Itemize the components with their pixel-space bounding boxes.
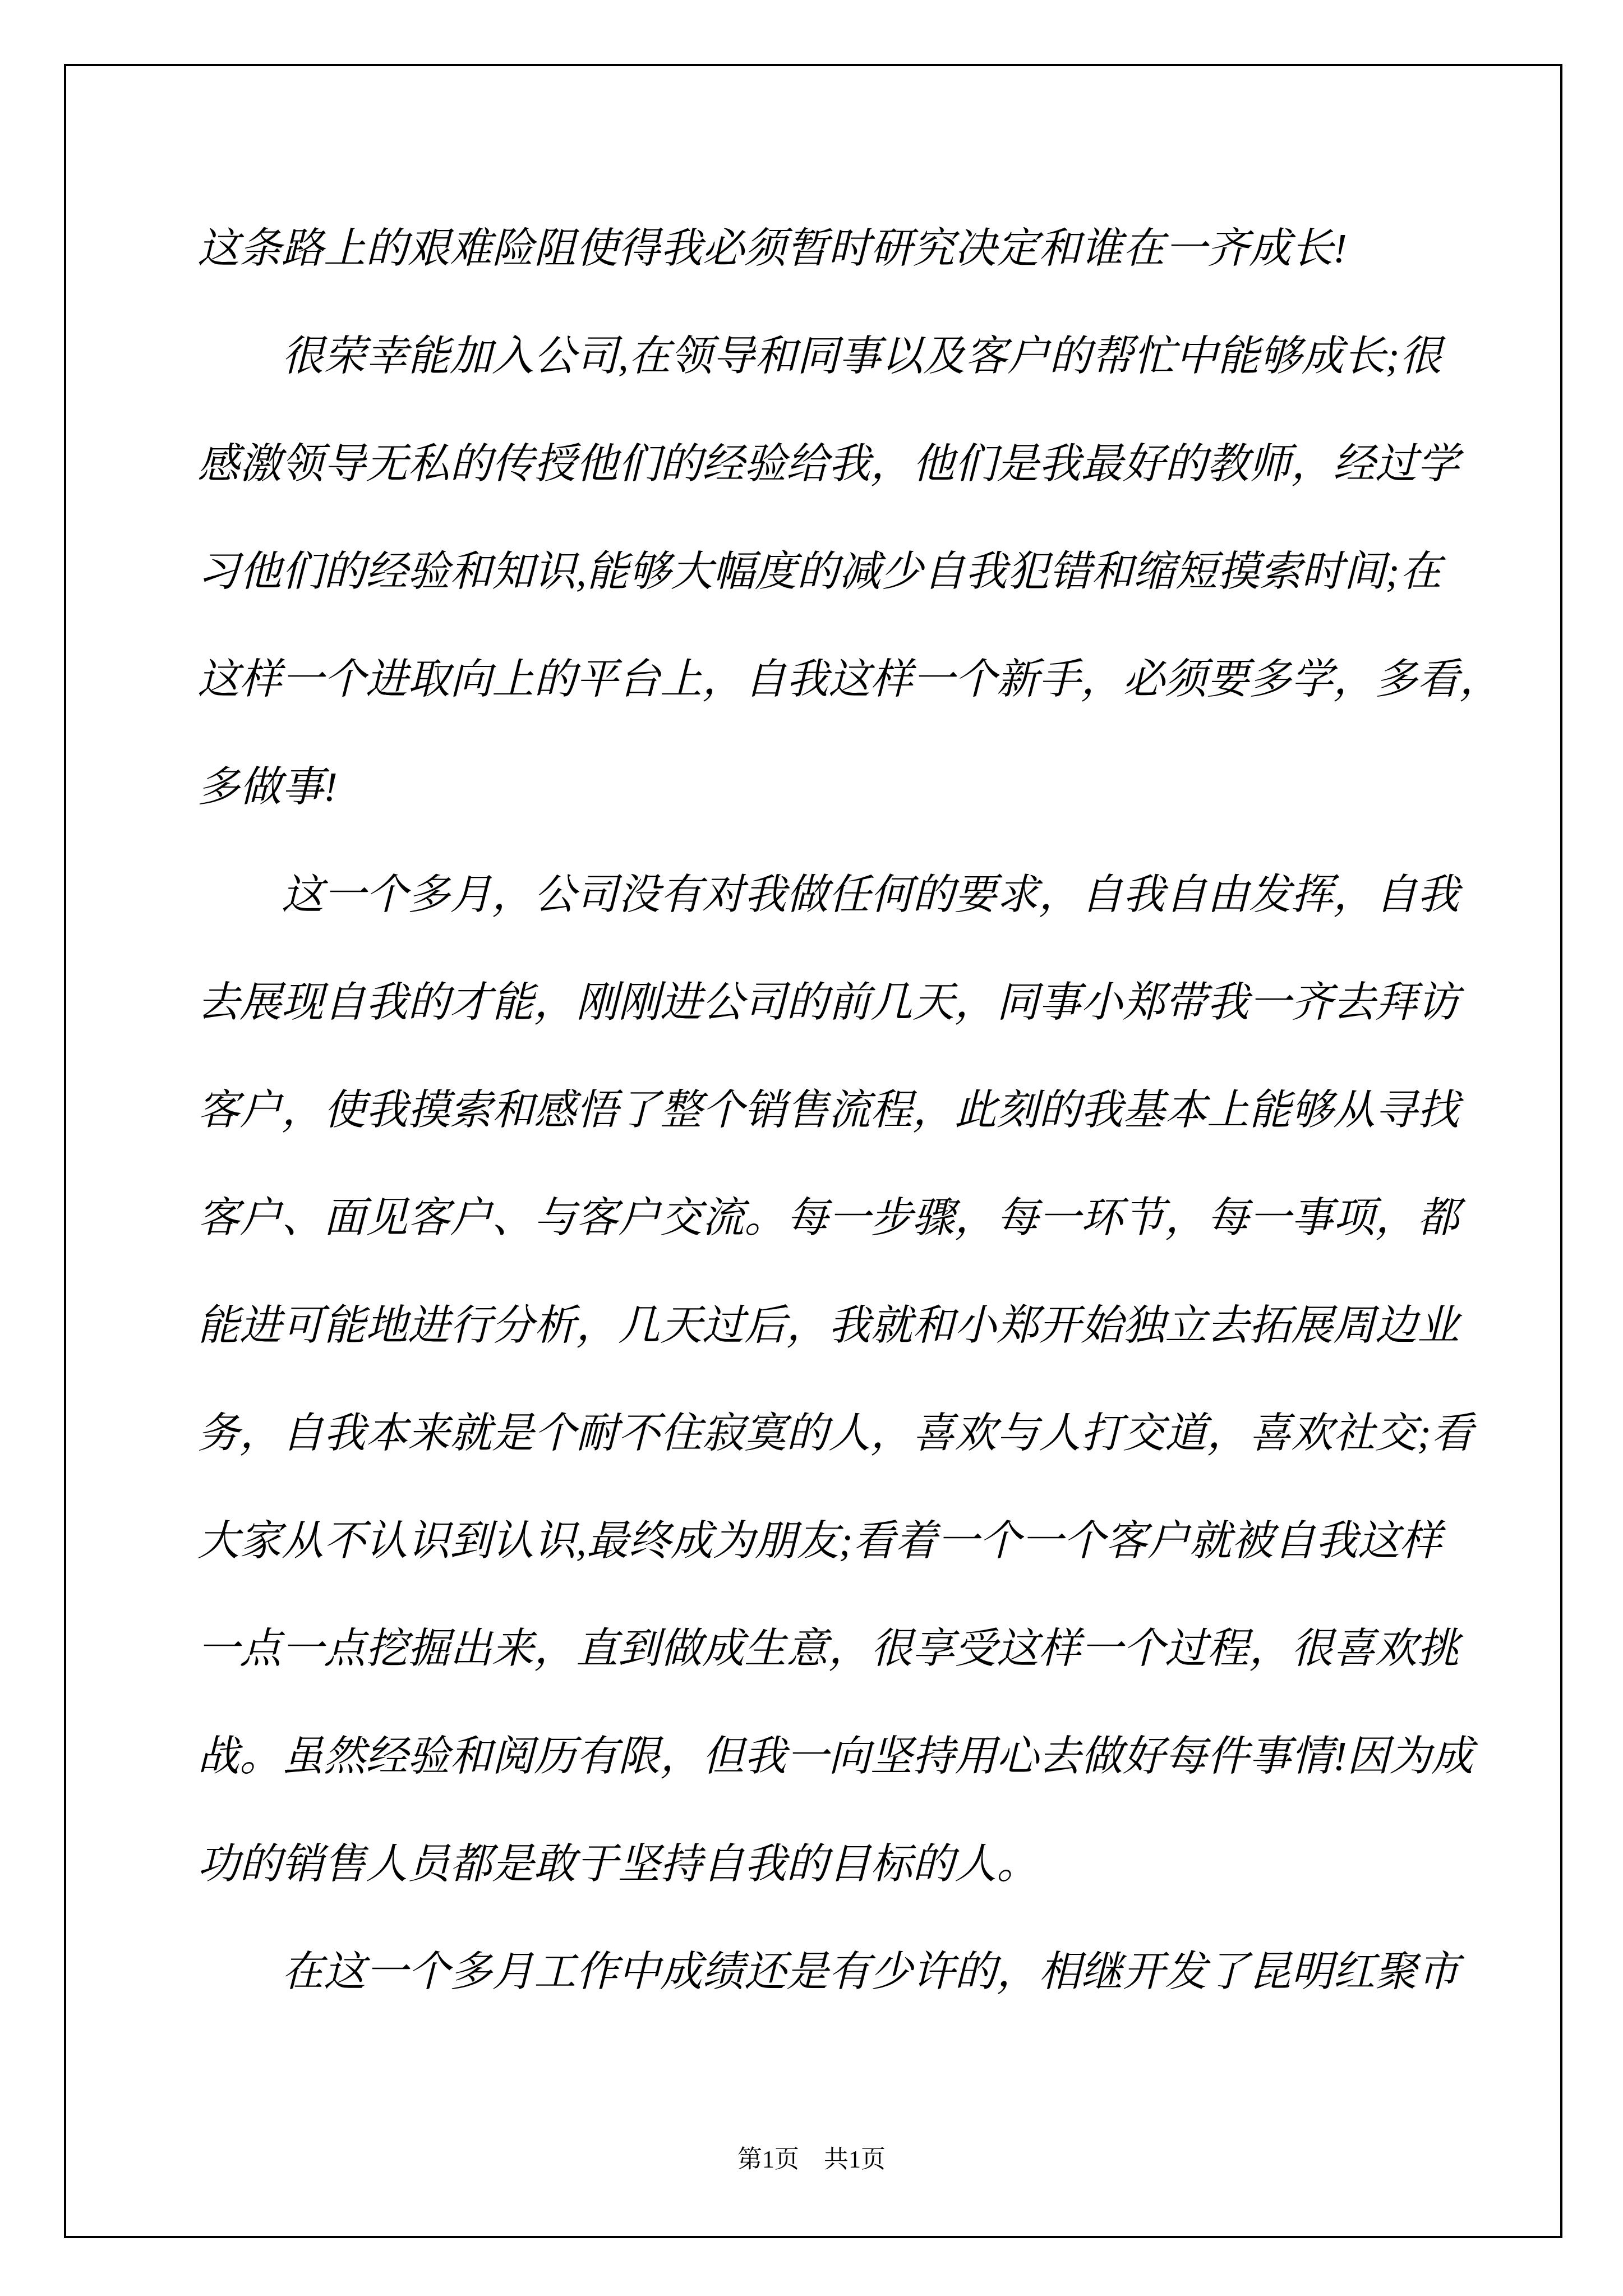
text-line: 习他们的经验和知识,能够大幅度的减少自我犯错和缩短摸索时间;在 (197, 518, 1476, 626)
text-line: 能进可能地进行分析，几天过后，我就和小郑开始独立去拓展周边业 (197, 1272, 1476, 1380)
text-line: 务，自我本来就是个耐不住寂寞的人，喜欢与人打交道，喜欢社交;看 (197, 1380, 1476, 1488)
text-line: 很荣幸能加入公司,在领导和同事以及客户的帮忙中能够成长;很 (197, 303, 1476, 411)
page-footer: 第1页 共1页 (0, 2143, 1623, 2177)
document-text-block: 这条路上的艰难险阻使得我必须暂时研究决定和谁在一齐成长!很荣幸能加入公司,在领导… (197, 195, 1476, 2026)
text-line: 感激领导无私的传授他们的经验给我，他们是我最好的教师，经过学 (197, 411, 1476, 518)
text-line: 这条路上的艰难险阻使得我必须暂时研究决定和谁在一齐成长! (197, 195, 1476, 303)
text-line: 大家从不认识到认识,最终成为朋友;看着一个一个客户就被自我这样 (197, 1488, 1476, 1595)
document-page: 这条路上的艰难险阻使得我必须暂时研究决定和谁在一齐成长!很荣幸能加入公司,在领导… (0, 0, 1623, 2296)
text-line: 在这一个多月工作中成绩还是有少许的，相继开发了昆明红聚市 (197, 1918, 1476, 2026)
text-line: 去展现自我的才能，刚刚进公司的前几天，同事小郑带我一齐去拜访 (197, 949, 1476, 1057)
text-line: 这样一个进取向上的平台上，自我这样一个新手，必须要多学，多看， (197, 626, 1476, 734)
text-line: 多做事! (197, 734, 1476, 841)
text-line: 战。虽然经验和阅历有限，但我一向坚持用心去做好每件事情!因为成 (197, 1703, 1476, 1811)
text-line: 这一个多月，公司没有对我做任何的要求，自我自由发挥，自我 (197, 841, 1476, 949)
text-line: 客户，使我摸索和感悟了整个销售流程，此刻的我基本上能够从寻找 (197, 1057, 1476, 1165)
text-line: 功的销售人员都是敢于坚持自我的目标的人。 (197, 1811, 1476, 1918)
text-line: 客户、面见客户、与客户交流。每一步骤，每一环节，每一事项，都 (197, 1165, 1476, 1272)
text-line: 一点一点挖掘出来，直到做成生意，很享受这样一个过程，很喜欢挑 (197, 1595, 1476, 1703)
page-number-label: 第1页 共1页 (737, 2146, 886, 2173)
